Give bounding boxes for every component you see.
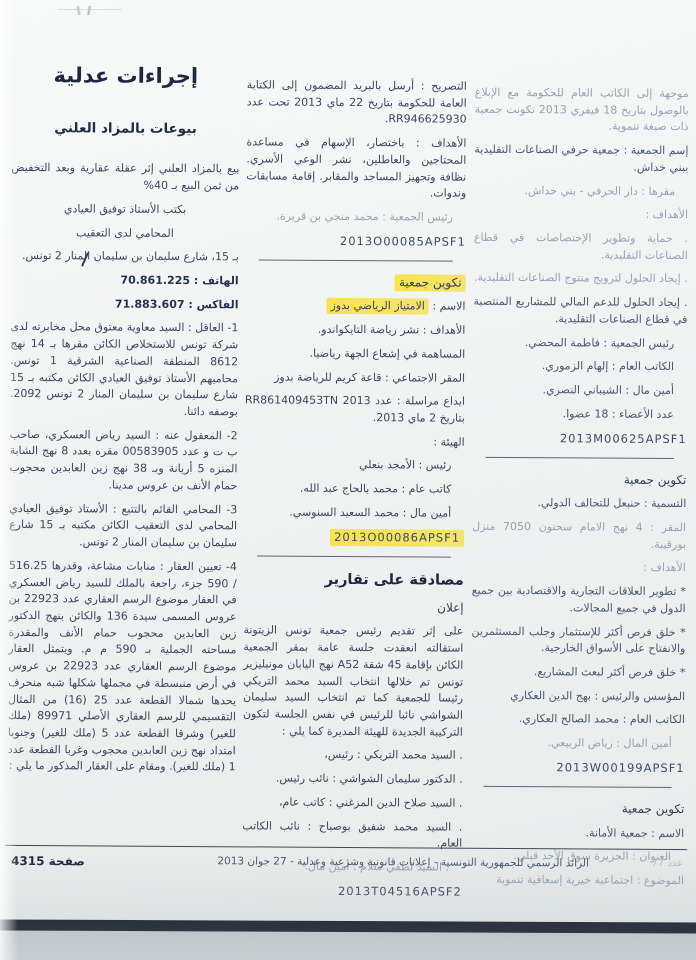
assoc2-goal-2: * خلق فرص أكثر للإستثمار وجلب المستثمرين… <box>471 623 685 658</box>
footer-journal-title: الرائد الرسمي للجمهورية التونسية - إعلان… <box>217 855 589 869</box>
highlighted-code: 2013O00086APSF1 <box>330 529 464 547</box>
column-right: موجهة إلى الكاتب العام للحكومة مع الإبلا… <box>470 85 689 897</box>
section-divider <box>483 786 671 788</box>
auction-item-1: 1- العاقل : السيد معاوية معتوق محل مخابر… <box>10 319 239 421</box>
assoc1-hq: مقرها : دار الحرفي - بني خداش. <box>474 182 688 200</box>
assoc2-secretary: الكاتب العام : محمد الصالح العكاري. <box>471 711 685 729</box>
assoc2-goal-3: * خلق فرص أكثر لبعث المشاريع. <box>471 664 685 682</box>
scanned-page: موجهة إلى الكاتب العام للحكومة مع الإبلا… <box>0 0 696 960</box>
assoc1-members-count: عدد الأعضاء : 18 عضوا. <box>473 406 687 424</box>
goals-paragraph: الأهداف : باختصار، الإسهام في مساعدة الم… <box>246 135 466 203</box>
section-divider <box>259 260 453 262</box>
assoc2-code: 2013W00199APSF1 <box>471 759 685 778</box>
assoc1-code: 2013M00625APSF1 <box>473 429 687 448</box>
announcement-code-3: 2013T04516APSF2 <box>242 882 462 901</box>
phone-line: الهاتف : 70.861.225 <box>11 272 239 290</box>
page-content: موجهة إلى الكاتب العام للحكومة مع الإبلا… <box>0 0 696 960</box>
auction-intro-4: بـ 15، شارع سليمان بن سليمان المنار 2 تو… <box>11 248 239 266</box>
president-line: رئيس الجمعية : محمد منجي بن قريرة. <box>246 208 466 226</box>
auction-intro-2: بكتب الأستاذ توفيق العيادي <box>11 201 239 219</box>
reports-subheading: إعلان <box>244 598 464 618</box>
announcement-code-1: 2013O00085APSF1 <box>246 232 466 251</box>
page-section-title: إجراءات عدلية <box>12 60 240 93</box>
reports-body: على إثر تقديم رئيس جمعية تونس الزيتونة ا… <box>243 623 464 741</box>
column-left: إجراءات عدلية بيوعات بالمزاد العلني بيع … <box>8 60 240 784</box>
member-2: . الدكتور سليمان الشواشي : نائب رئيس. <box>243 770 463 788</box>
assoc3-subject: الموضوع : اجتماعية خيرية إسعافية تنموية <box>470 872 684 890</box>
assoc-goal-1: الأهداف : نشر رياضة التايكواندو. <box>245 322 465 340</box>
highlighted-heading: تكوين جمعية <box>395 275 466 292</box>
auction-item-2: 2- المعقول عنه : السيد رياض العسكري، صاح… <box>9 427 237 495</box>
assoc-heading: تكوين جمعية <box>246 273 466 293</box>
column-middle: التصريح : أرسل بالبريد المضمون إلى الكتا… <box>242 77 467 908</box>
assoc1-name: إسم الجمعية : جمعية حرفي الصناعات التقلي… <box>474 142 688 177</box>
assoc1-goal-2: . إيجاد الحلول لترويج منتوج الصناعات الت… <box>474 270 688 288</box>
assoc-name-highlight: الامتياز الرياضي بدوز <box>326 298 428 315</box>
assoc2-heading: تكوين جمعية <box>472 470 686 490</box>
section-divider <box>257 556 451 558</box>
footer-issue-number: عدد 77 <box>651 858 683 869</box>
assoc2-goal-1: * تطوير العلاقات التجارية والاقتصادية بي… <box>472 583 686 618</box>
assoc1-president: رئيس الجمعية : فاطمة المحضي. <box>473 334 687 352</box>
auction-item-3: 3- المحامي القائم بالتتبع : الأستاذ توفي… <box>9 501 237 553</box>
scan-bottom-area <box>0 930 696 960</box>
assoc-treasurer: أمين مال : محمد السعيد السنوسي. <box>244 504 464 522</box>
assoc2-name: التسمية : حنبعل للتحالف الدولي. <box>472 495 686 513</box>
assoc2-hq: المقر : 4 نهج الامام سحنون 7050 منزل بور… <box>472 519 686 554</box>
announcement-code-2: 2013O00086APSF1 <box>244 528 464 547</box>
assoc-name-line: الاسم : الامتياز الرياضي بدوز <box>245 298 465 316</box>
assoc-deposit-line: ايداع مراسلة : عدد RR861409453TN 2013 بت… <box>245 393 465 428</box>
continuation-paragraph: موجهة إلى الكاتب العام للحكومة مع الإبلا… <box>475 85 689 136</box>
assoc2-founder: المؤسس والرئيس : بهج الدين العكاري <box>471 687 685 705</box>
member-3: . السيد صلاح الدين المزغني : كاتب عام، <box>242 794 462 812</box>
auction-intro-3: المحامي لدى التعقيب <box>11 225 239 243</box>
assoc-board-label: الهيئة : <box>245 433 465 451</box>
assoc-name-label: الاسم : <box>432 300 465 313</box>
assoc1-goal-3: . إيجاد الحلول للدعم المالي للمشاريع الم… <box>473 294 687 329</box>
assoc1-goals-label: الأهداف : <box>474 206 688 224</box>
section-divider <box>485 457 673 459</box>
assoc3-heading: تكوين جمعية <box>470 799 684 819</box>
assoc1-secretary: الكاتب العام : إلهام الزموري. <box>473 358 687 376</box>
auction-subtitle: بيوعات بالمزاد العلني <box>11 118 239 140</box>
footer: عدد 77 الرائد الرسمي للجمهورية التونسية … <box>11 854 683 872</box>
declaration-paragraph: التصريح : أرسل بالبريد المضمون إلى الكتا… <box>247 77 467 128</box>
auction-intro-1: بيع بالمزاد العلني إثر عقلة عقارية وبعد … <box>11 160 239 195</box>
assoc-secretary: كاتب عام : محمد بالحاج عبد الله. <box>244 481 464 499</box>
assoc1-treasurer: أمين مال : الشيباني النصري. <box>473 382 687 400</box>
assoc1-goal-1: . حماية وتطوير الإختصاصات في قطاع الصناع… <box>474 230 688 265</box>
assoc-president: رئيس : الأمجد بنعلي <box>244 457 464 475</box>
assoc-goal-2: المساهمة في إشعاع الجهة رياضيا. <box>245 345 465 363</box>
fax-line: الفاكس : 71.883.607 <box>10 296 238 314</box>
reports-heading: مصادقة على تقارير <box>244 568 464 591</box>
assoc3-name: الاسم : جمعية الأمانة. <box>470 824 684 842</box>
assoc-hq-line: المقر الاجتماعي : قاعة كريم للرياضة بدوز <box>245 369 465 387</box>
assoc2-goals-label: الأهداف : <box>472 559 686 577</box>
member-1: . السيد محمد التريكي : رئيس، <box>243 747 463 765</box>
footer-page-number: صفحة 4315 <box>11 854 85 868</box>
auction-item-4: 4- تعيين العقار : منابات مشاعة، وقدرها 5… <box>8 558 237 777</box>
assoc2-treasurer: أمين المال : رياض الربيعي. <box>471 735 685 753</box>
